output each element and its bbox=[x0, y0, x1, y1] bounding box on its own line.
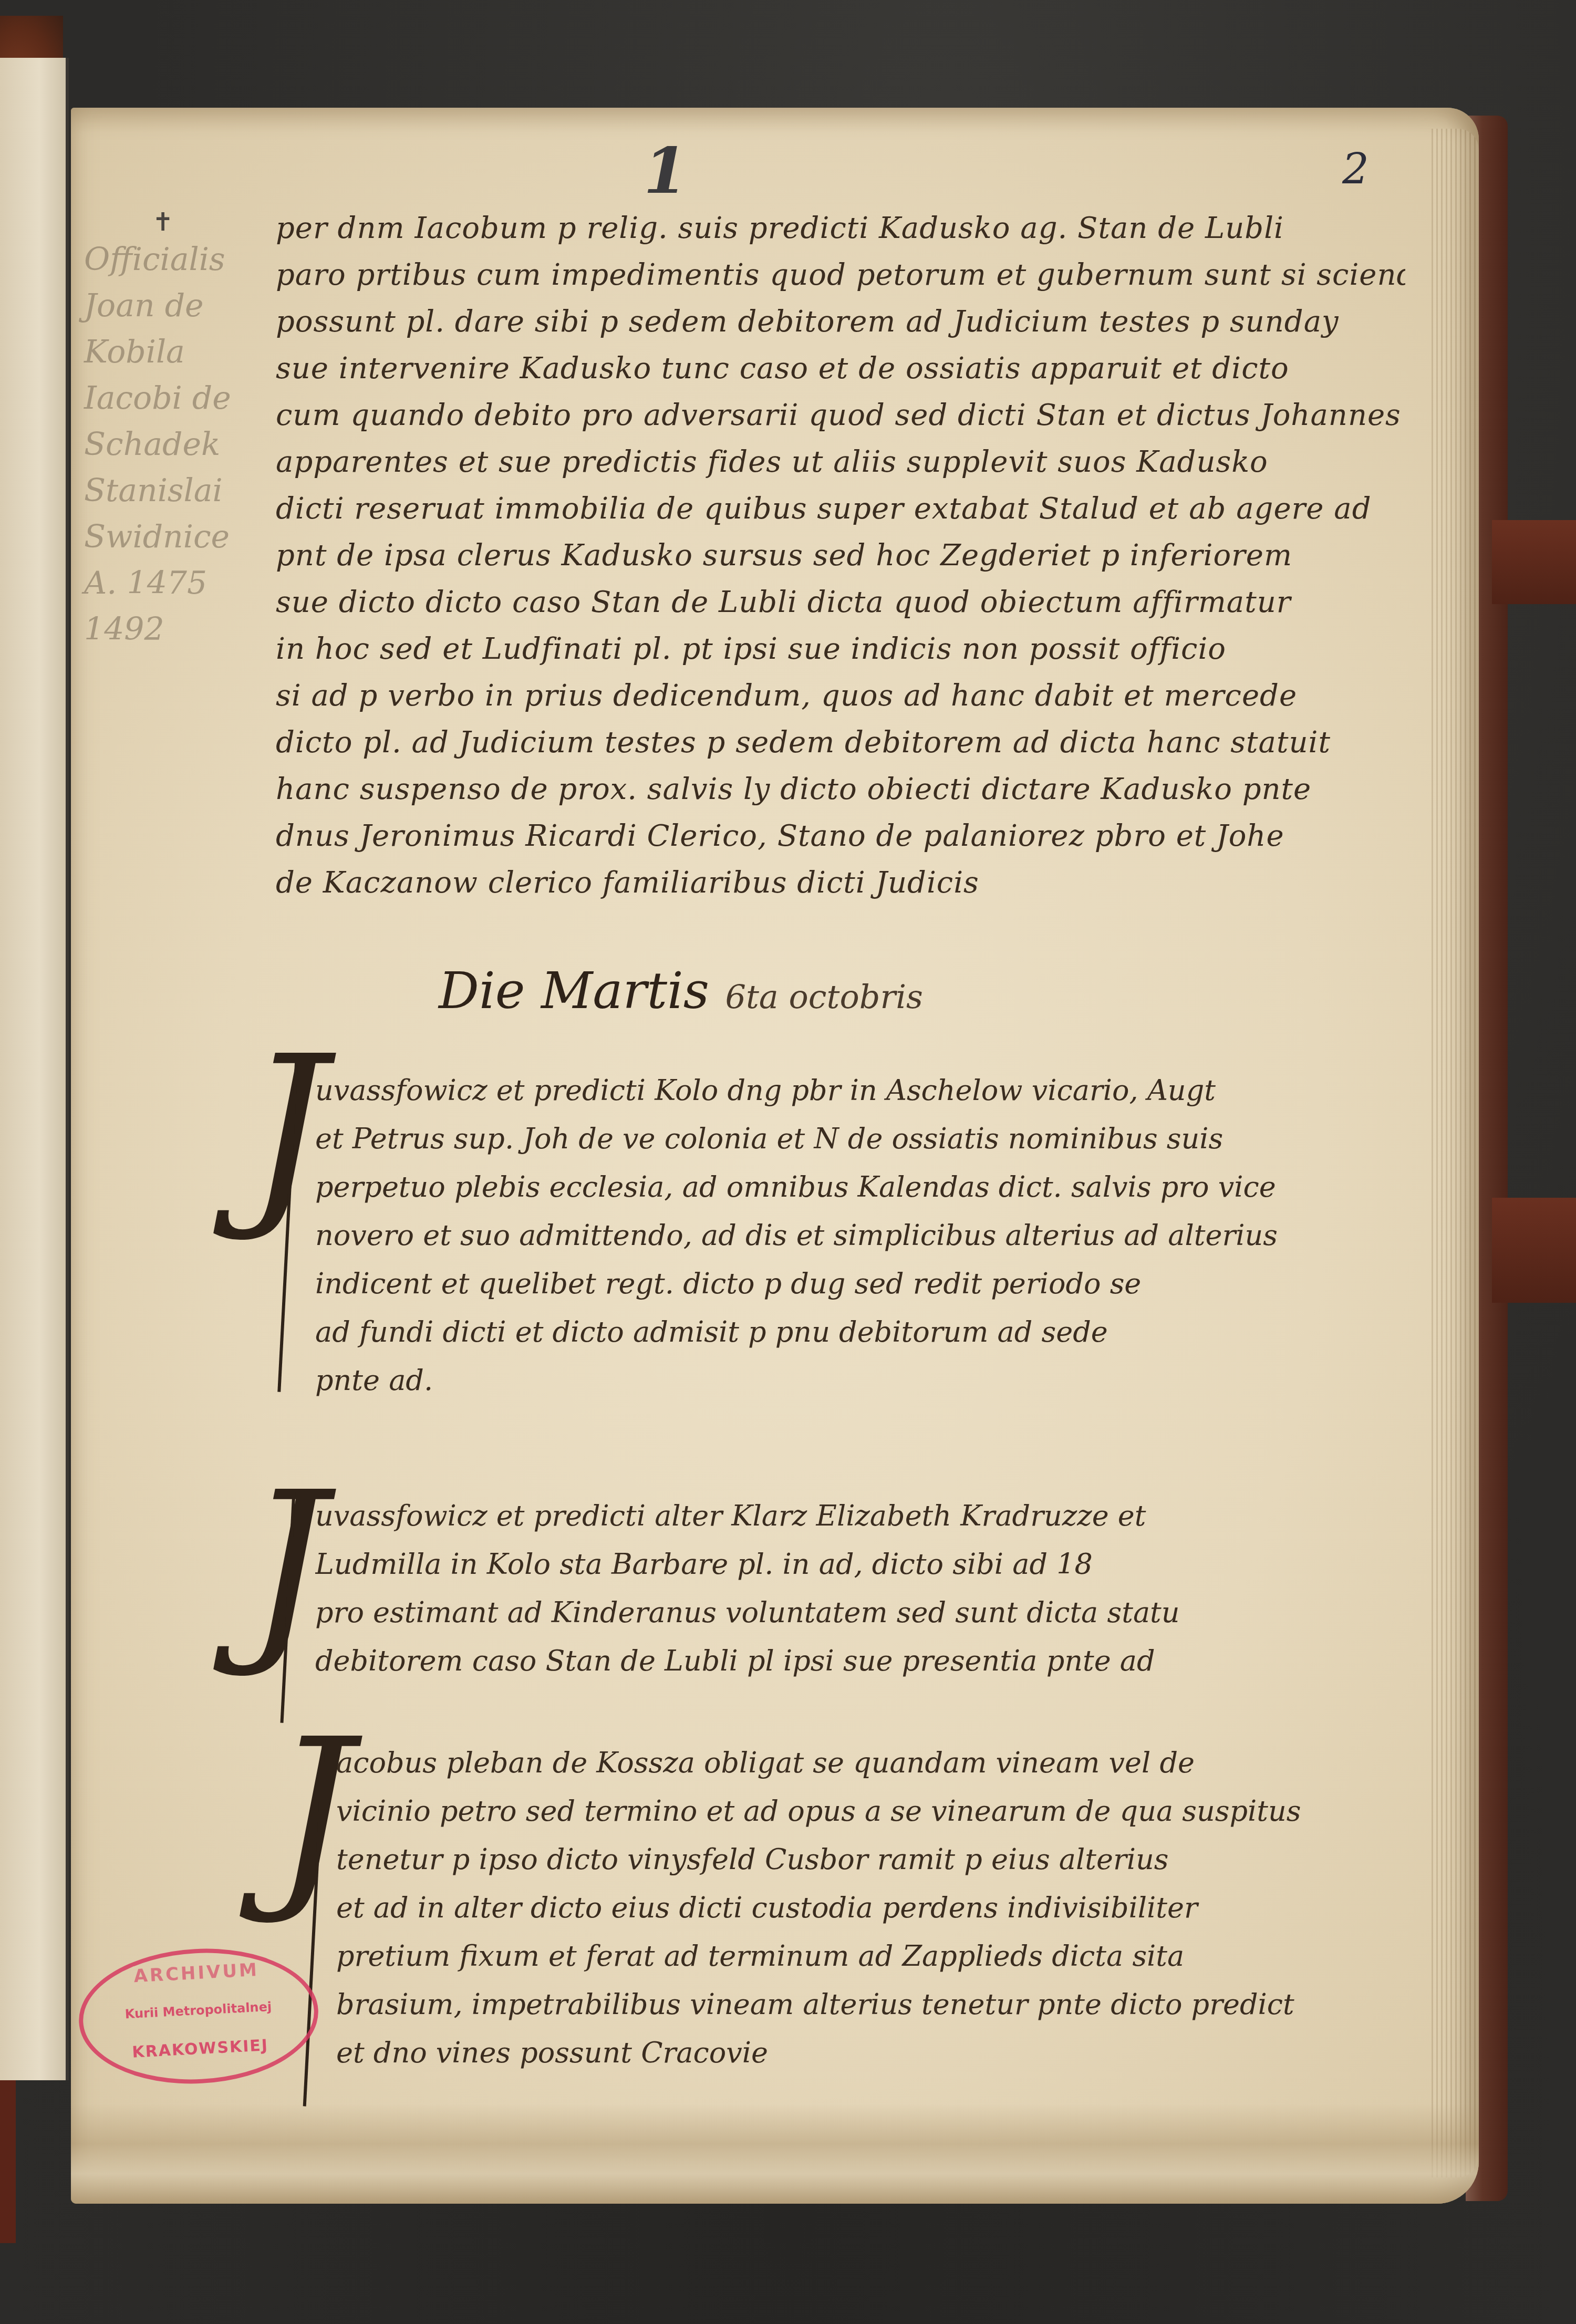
margin-note: Joan de bbox=[84, 283, 263, 329]
text-line: dnus Jeronimus Ricardi Clerico, Stano de… bbox=[276, 813, 1405, 859]
text-line: debitorem caso Stan de Lubli pl ipsi sue… bbox=[315, 1637, 1418, 1685]
folio-number-center: 1 bbox=[644, 134, 688, 208]
text-line: pro estimant ad Kinderanus voluntatem se… bbox=[315, 1589, 1418, 1637]
text-line: novero et suo admittendo, ad dis et simp… bbox=[315, 1211, 1418, 1260]
text-line: cum quando debito pro adversarii quod se… bbox=[276, 392, 1405, 439]
text-line: paro prtibus cum impedimentis quod petor… bbox=[276, 252, 1405, 298]
text-line: sue intervenire Kadusko tunc caso et de … bbox=[276, 345, 1405, 392]
text-line: pnte ad. bbox=[315, 1356, 1418, 1405]
text-line: perpetuo plebis ecclesia, ad omnibus Kal… bbox=[315, 1163, 1418, 1211]
paragraph: uvassfowicz et predicti alter Klarz Eliz… bbox=[315, 1492, 1418, 1685]
folio-number-corner: 2 bbox=[1342, 144, 1369, 193]
text-line: indicent et quelibet regt. dicto p dug s… bbox=[315, 1260, 1418, 1308]
stamp-bottom-text: KRAKOWSKIEJ bbox=[85, 2033, 316, 2064]
text-line: possunt pl. dare sibi p sedem debitorem … bbox=[276, 298, 1405, 345]
margin-cross-mark: ✝ bbox=[152, 207, 173, 237]
text-line: acobus pleban de Kossza obligat se quand… bbox=[336, 1739, 1439, 1787]
text-line: ad fundi dicti et dicto admisit p pnu de… bbox=[315, 1308, 1418, 1356]
heading-date: 6ta octobris bbox=[725, 978, 922, 1016]
paragraph: acobus pleban de Kossza obligat se quand… bbox=[336, 1739, 1439, 2077]
margin-note: Stanislai bbox=[84, 468, 263, 514]
facing-page-edge bbox=[0, 58, 69, 2080]
paragraph: uvassfowicz et predicti Kolo dng pbr in … bbox=[315, 1066, 1418, 1405]
text-line: in hoc sed et Ludfinati pl. pt ipsi sue … bbox=[276, 626, 1405, 672]
margin-note: 1492 bbox=[84, 606, 263, 652]
page-bottom-damage bbox=[71, 2104, 1479, 2204]
text-line: et Petrus sup. Joh de ve colonia et N de… bbox=[315, 1115, 1418, 1163]
stamp-middle-text: Kurii Metropolitalnej bbox=[82, 1997, 314, 2024]
text-line: de Kaczanow clerico familiaribus dicti J… bbox=[276, 859, 1405, 906]
date-heading: Die Martis 6ta octobris bbox=[439, 961, 923, 1020]
margin-note: Swidnice bbox=[84, 514, 263, 560]
margin-note: Officialis bbox=[84, 236, 263, 283]
text-line: dicti reseruat immobilia de quibus super… bbox=[276, 485, 1405, 532]
text-line: brasium, impetrabilibus vineam alterius … bbox=[336, 1980, 1439, 2029]
text-line: pnt de ipsa clerus Kadusko sursus sed ho… bbox=[276, 532, 1405, 579]
text-line: sue dicto dicto caso Stan de Lubli dicta… bbox=[276, 579, 1405, 626]
binding-strap-upper bbox=[1492, 520, 1576, 604]
heading-day: Die Martis bbox=[439, 961, 709, 1020]
opening-text-block: per dnm Iacobum p relig. suis predicti K… bbox=[276, 205, 1405, 906]
left-cover-binding-bottom bbox=[0, 2075, 16, 2243]
margin-note: Kobila bbox=[84, 329, 263, 375]
margin-note: A. 1475 bbox=[84, 560, 263, 606]
margin-note: Iacobi de bbox=[84, 375, 263, 421]
text-line: uvassfowicz et predicti alter Klarz Eliz… bbox=[315, 1492, 1418, 1540]
text-line: hanc suspenso de prox. salvis ly dicto o… bbox=[276, 766, 1405, 813]
binding-strap-lower bbox=[1492, 1198, 1576, 1303]
margin-note: Schadek bbox=[84, 421, 263, 468]
text-line: tenetur p ipso dicto vinysfeld Cusbor ra… bbox=[336, 1835, 1439, 1884]
text-line: dicto pl. ad Judicium testes p sedem deb… bbox=[276, 719, 1405, 766]
text-line: si ad p verbo in prius dedicendum, quos … bbox=[276, 672, 1405, 719]
text-line: per dnm Iacobum p relig. suis predicti K… bbox=[276, 205, 1405, 252]
text-line: apparentes et sue predictis fides ut ali… bbox=[276, 439, 1405, 485]
text-line: et ad in alter dicto eius dicti custodia… bbox=[336, 1884, 1439, 1932]
margin-notes: Officialis Joan de Kobila Iacobi de Scha… bbox=[84, 236, 263, 652]
text-line: uvassfowicz et predicti Kolo dng pbr in … bbox=[315, 1066, 1418, 1115]
text-line: vicinio petro sed termino et ad opus a s… bbox=[336, 1787, 1439, 1835]
text-line: et dno vines possunt Cracovie bbox=[336, 2029, 1439, 2077]
text-line: Ludmilla in Kolo sta Barbare pl. in ad, … bbox=[315, 1540, 1418, 1589]
text-line: pretium fixum et ferat ad terminum ad Za… bbox=[336, 1932, 1439, 1980]
